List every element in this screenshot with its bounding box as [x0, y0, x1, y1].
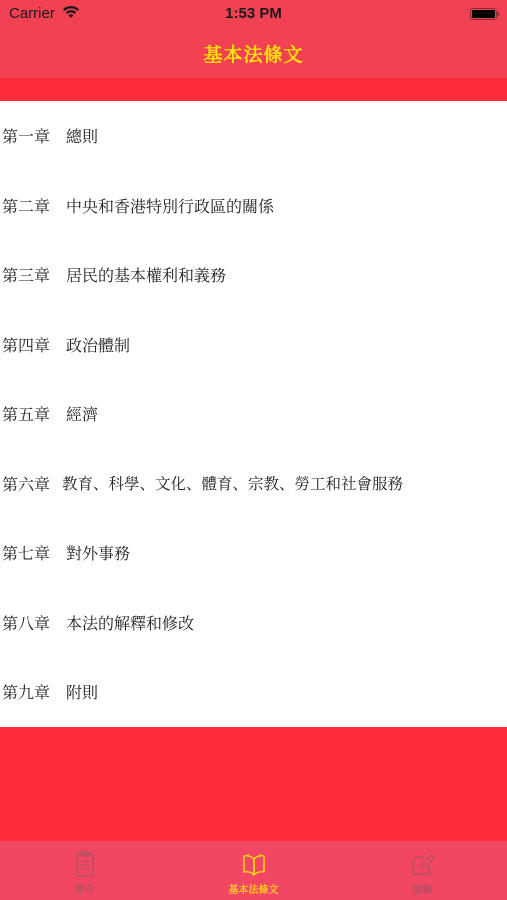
status-bar: Carrier 1:53 PM — [0, 0, 507, 28]
chapter-title: 經濟 — [66, 402, 98, 425]
chapter-number: 第九章 — [2, 680, 50, 703]
chapter-row-4[interactable]: 第四章 政治體制 — [0, 310, 507, 380]
chapter-number: 第一章 — [2, 124, 50, 147]
chapter-row-5[interactable]: 第五章 經濟 — [0, 379, 507, 449]
status-time: 1:53 PM — [0, 5, 507, 22]
chapter-title: 教育、科學、文化、體育、宗教、勞工和社會服務 — [62, 472, 403, 494]
chapter-number: 第三章 — [2, 263, 50, 286]
chapter-row-2[interactable]: 第二章 中央和香港特別行政區的關係 — [0, 171, 507, 241]
chapter-row-8[interactable]: 第八章 本法的解釋和修改 — [0, 588, 507, 658]
chapter-row-1[interactable]: 第一章 總則 — [0, 101, 507, 171]
chapter-title: 居民的基本權利和義務 — [66, 263, 226, 286]
chapter-row-9[interactable]: 第九章 附則 — [0, 657, 507, 727]
chapter-row-6[interactable]: 第六章 教育、科學、文化、體育、宗教、勞工和社會服務 — [0, 449, 507, 519]
navigation-header: Carrier 1:53 PM 基本法條文 — [0, 0, 507, 78]
chapter-number: 第六章 — [2, 472, 50, 495]
tab-label: 簡介 — [75, 881, 95, 896]
header-accent-strip — [0, 78, 507, 101]
tab-label: 基本法條文 — [229, 881, 279, 896]
chapter-title: 本法的解釋和修改 — [66, 611, 194, 634]
chapter-row-7[interactable]: 第七章 對外事務 — [0, 518, 507, 588]
chapter-title: 中央和香港特別行政區的關係 — [66, 194, 274, 217]
battery-icon — [470, 8, 500, 20]
chapter-number: 第二章 — [2, 194, 50, 217]
chapter-list: 第一章 總則 第二章 中央和香港特別行政區的關係 第三章 居民的基本權利和義務 … — [0, 101, 507, 727]
chapter-title: 總則 — [66, 124, 98, 147]
chapter-number: 第四章 — [2, 333, 50, 356]
empty-footer-area — [0, 727, 507, 841]
chapter-number: 第八章 — [2, 611, 50, 634]
tab-label: 測驗 — [413, 881, 433, 896]
page-title: 基本法條文 — [0, 40, 507, 67]
edit-icon — [410, 850, 436, 878]
open-book-icon — [241, 850, 267, 878]
tab-quiz[interactable]: 測驗 — [338, 841, 507, 900]
tab-bar: 簡介 基本法條文 測驗 — [0, 841, 507, 900]
chapter-title: 附則 — [66, 680, 98, 703]
tab-introduction[interactable]: 簡介 — [0, 841, 169, 900]
clipboard-icon — [72, 850, 98, 878]
chapter-row-3[interactable]: 第三章 居民的基本權利和義務 — [0, 240, 507, 310]
tab-basic-law-articles[interactable]: 基本法條文 — [169, 841, 338, 900]
chapter-number: 第七章 — [2, 541, 50, 564]
chapter-title: 對外事務 — [66, 541, 130, 564]
chapter-number: 第五章 — [2, 402, 50, 425]
chapter-title: 政治體制 — [66, 333, 130, 356]
